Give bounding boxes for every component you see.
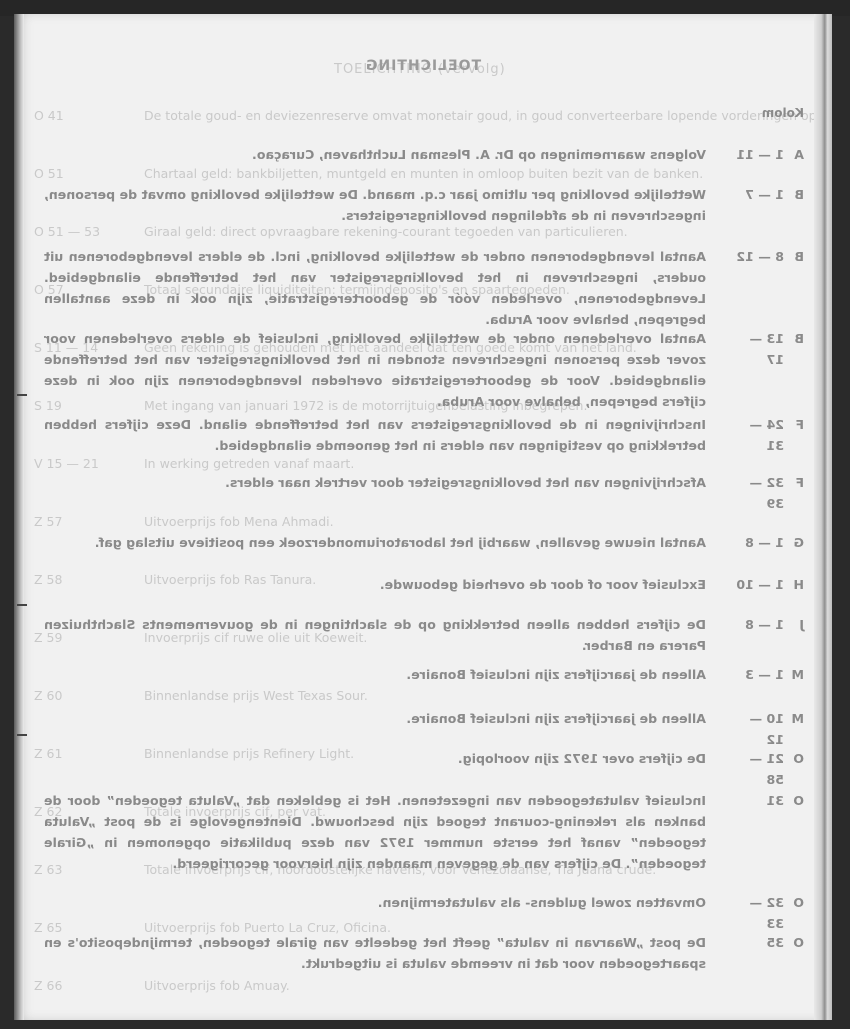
table-key: G xyxy=(788,532,804,553)
page-edge xyxy=(814,14,832,1020)
table-key: M xyxy=(788,708,804,729)
note-entry: J1 — 8De cijfers hebben alleen betrekkin… xyxy=(44,614,804,656)
note-text: Aantal nieuwe gevallen, waarbij het labo… xyxy=(44,532,706,553)
note-entry: B13 — 17Aantal overledenen onder de wett… xyxy=(44,328,804,412)
table-key: O xyxy=(788,790,804,811)
note-entry: F32 — 39Afschrijvingen van het bevolking… xyxy=(44,472,804,493)
note-text: Inclusief valutategoeden van ingezetenen… xyxy=(44,790,706,874)
note-text: Aantal overledenen onder de wettelijke b… xyxy=(44,328,706,412)
note-text: Aantal levendgeborenen onder de wettelij… xyxy=(44,246,706,330)
column-range: 8 — 12 xyxy=(728,246,784,267)
column-range: 32 — 33 xyxy=(728,892,784,934)
note-text: Exclusief voor of door de overheid gebou… xyxy=(44,574,706,595)
note-text: Wettelijke bevolking per ultimo jaar c.q… xyxy=(44,184,706,226)
table-key: O xyxy=(788,932,804,953)
note-entry: O32 — 33Omvatten zowel guldens- als valu… xyxy=(44,892,804,913)
table-key: A xyxy=(788,144,804,165)
note-entry: F24 — 31Inschrijvingen in de bevolkingsr… xyxy=(44,414,804,456)
table-key: J xyxy=(788,614,804,635)
note-entry: B8 — 12Aantal levendgeborenen onder de w… xyxy=(44,246,804,330)
note-text: Inschrijvingen in de bevolkingsregisters… xyxy=(44,414,706,456)
note-entry: O31Inclusief valutategoeden van ingezete… xyxy=(44,790,804,874)
table-key: H xyxy=(788,574,804,595)
column-range: 10 — 12 xyxy=(728,708,784,750)
column-range: 35 xyxy=(728,932,784,953)
column-range: 1 — 8 xyxy=(728,614,784,635)
table-key: B xyxy=(788,246,804,267)
column-range: 1 — 7 xyxy=(728,184,784,205)
table-key: O xyxy=(788,748,804,769)
table-key: B xyxy=(788,328,804,349)
note-text: Alleen de jaarcijfers zijn inclusief Bon… xyxy=(44,664,706,685)
note-text: Volgens waarnemingen op Dr. A. Plesman L… xyxy=(44,144,706,165)
table-key: F xyxy=(788,472,804,493)
note-entry: G1 — 8Aantal nieuwe gevallen, waarbij he… xyxy=(44,532,804,553)
note-entry: B1 — 7Wettelijke bevolking per ultimo ja… xyxy=(44,184,804,226)
main-text-layer: TOELICHTING Kolom A1 — 11Volgens waarnem… xyxy=(14,14,832,1020)
column-range: 32 — 39 xyxy=(728,472,784,514)
column-range: 1 — 3 xyxy=(728,664,784,685)
note-entry: H1 — 10Exclusief voor of door de overhei… xyxy=(44,574,804,595)
column-range: 21 — 58 xyxy=(728,748,784,790)
note-entry: M10 — 12Alleen de jaarcijfers zijn inclu… xyxy=(44,708,804,729)
column-range: 13 — 17 xyxy=(728,328,784,370)
column-header: Kolom xyxy=(762,106,804,120)
column-range: 1 — 8 xyxy=(728,532,784,553)
page-title: TOELICHTING xyxy=(14,58,832,74)
table-key: B xyxy=(788,184,804,205)
note-entry: O21 — 58De cijfers over 1972 zijn voorlo… xyxy=(44,748,804,769)
note-text: Omvatten zowel guldens- als valutatermij… xyxy=(44,892,706,913)
document-page: TOELICHTING (vervolg) O 41De totale goud… xyxy=(14,14,832,1020)
note-text: De cijfers over 1972 zijn voorlopig. xyxy=(44,748,706,769)
table-key: M xyxy=(788,664,804,685)
table-key: F xyxy=(788,414,804,435)
column-range: 1 — 11 xyxy=(728,144,784,165)
note-entry: M1 — 3Alleen de jaarcijfers zijn inclusi… xyxy=(44,664,804,685)
note-text: De post „Waarvan in valuta” geeft het ge… xyxy=(44,932,706,974)
table-key: O xyxy=(788,892,804,913)
note-text: Alleen de jaarcijfers zijn inclusief Bon… xyxy=(44,708,706,729)
column-range: 1 — 10 xyxy=(728,574,784,595)
column-range: 31 xyxy=(728,790,784,811)
note-text: De cijfers hebben alleen betrekking op d… xyxy=(44,614,706,656)
column-range: 24 — 31 xyxy=(728,414,784,456)
note-entry: A1 — 11Volgens waarnemingen op Dr. A. Pl… xyxy=(44,144,804,165)
note-text: Afschrijvingen van het bevolkingsregiste… xyxy=(44,472,706,493)
note-entry: O35De post „Waarvan in valuta” geeft het… xyxy=(44,932,804,974)
